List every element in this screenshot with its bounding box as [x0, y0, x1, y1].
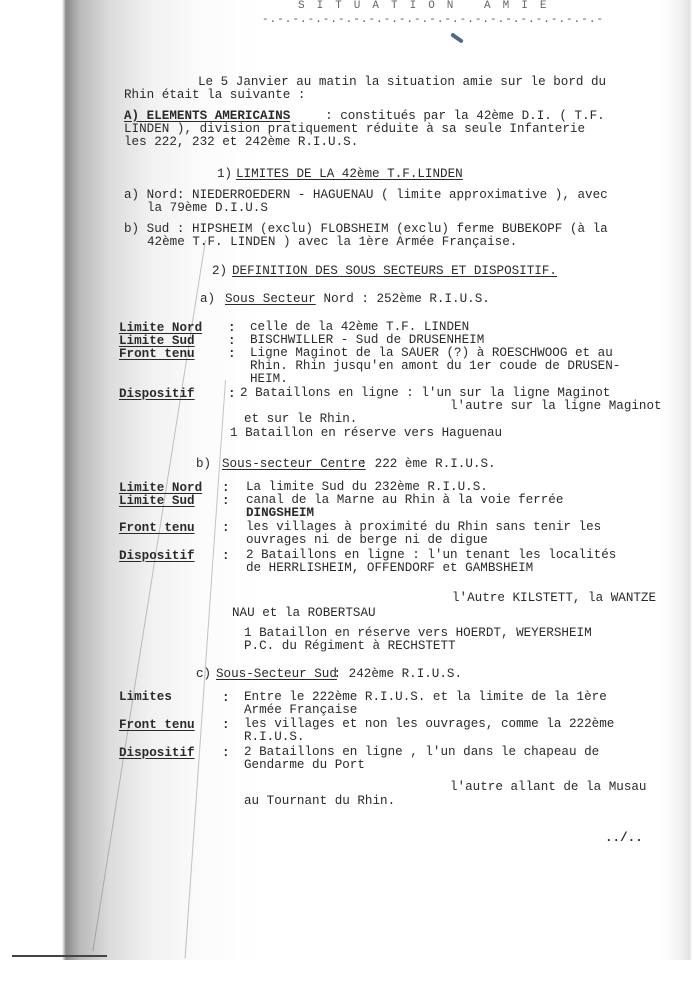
nord-dispositif-cont-2: et sur le Rhin.	[244, 413, 357, 426]
centre-dispositif-text-2: de HERRLISHEIM, OFFENDORF et GAMBSHEIM	[246, 562, 533, 575]
sud-dispositif-cont-2: au Tournant du Rhin.	[244, 795, 395, 808]
limites-number: 1)	[217, 168, 232, 181]
colon: :	[228, 387, 236, 401]
section-a-text-3: les 222, 232 et 242ème R.I.U.S.	[124, 136, 358, 149]
limites-nord-2: la 79ème D.I.U.S	[147, 202, 268, 215]
colon: :	[222, 549, 230, 563]
label-limite-nord: Limite Nord	[119, 481, 202, 495]
label-limites: Limites	[119, 691, 172, 704]
limites-sud-2: 42ème T.F. LINDEN ) avec la 1ère Armée F…	[147, 236, 517, 249]
sud-dispositif-text-2: Gendarme du Port	[244, 759, 365, 772]
centre-limite-sud-text-2: DINGSHEIM	[246, 507, 314, 520]
page-edge	[12, 955, 107, 957]
nord-dispositif-cont-1: l'autre sur la ligne Maginot	[450, 400, 662, 413]
colon: :	[222, 746, 230, 760]
label-front-tenu: Front tenu	[119, 521, 195, 535]
sector-centre-name: Sous-secteur Centre	[222, 458, 366, 471]
sector-nord-prefix: a)	[200, 293, 215, 306]
label-dispositif: Dispositif	[119, 549, 195, 563]
sector-sud-rest: : 242ème R.I.U.S.	[326, 668, 462, 681]
centre-dispositif-cont-2: NAU et la ROBERTSAU	[232, 607, 376, 620]
centre-front-text-2: ouvrages ni de berge ni de digue	[246, 534, 488, 547]
sud-limites-text-2: Armée Française	[244, 704, 357, 717]
document-title: SITUATION AMIE	[298, 0, 558, 13]
label-limite-nord: Limite Nord	[119, 321, 202, 335]
intro-line-2: Rhin était la suivante :	[124, 89, 305, 102]
sector-sud-prefix: c)	[196, 668, 211, 681]
colon: :	[222, 718, 230, 732]
label-front-tenu: Front tenu	[119, 718, 195, 732]
limites-heading: LIMITES DE LA 42ème T.F.LINDEN	[236, 168, 463, 181]
definition-heading: DEFINITION DES SOUS SECTEURS ET DISPOSIT…	[232, 265, 557, 278]
colon: :	[228, 334, 236, 348]
sector-nord-rest: Nord : 252ème R.I.U.S.	[316, 293, 490, 306]
sector-nord-name: Sous Secteur	[225, 293, 316, 306]
colon: :	[222, 691, 230, 705]
nord-front-text-3: HEIM.	[250, 373, 288, 386]
sud-dispositif-cont-1: l'autre allant de la Musau	[450, 781, 647, 794]
colon: :	[222, 521, 230, 535]
label-limite-sud: Limite Sud	[119, 334, 195, 348]
label-dispositif: Dispositif	[119, 746, 195, 760]
colon: :	[222, 481, 230, 495]
colon: :	[228, 347, 236, 361]
label-dispositif: Dispositif	[119, 387, 195, 401]
sud-front-text-2: R.I.U.S.	[244, 731, 304, 744]
continuation-mark: ../..	[605, 832, 643, 845]
nord-reserve: 1 Bataillon en réserve vers Haguenau	[230, 427, 502, 440]
centre-reserve-2: P.C. du Régiment à RECHSTETT	[244, 640, 456, 653]
nord-front-text-2: Rhin. Rhin jusqu'en amont du 1er coude d…	[250, 360, 620, 373]
centre-dispositif-cont-1: l'Autre KILSTETT, la WANTZE	[452, 592, 656, 605]
sector-centre-prefix: b)	[196, 458, 211, 471]
colon: :	[222, 494, 230, 508]
title-rule: -.-.-.-.-.-.-.-.-.-.-.-.-.-.-.-.-.-.-.-.…	[262, 14, 604, 27]
label-limite-sud: Limite Sud	[119, 494, 195, 508]
colon: :	[228, 321, 236, 335]
label-front-tenu: Front tenu	[119, 347, 195, 361]
definition-number: 2)	[212, 265, 227, 278]
sector-sud-name: Sous-Secteur Sud	[216, 668, 337, 681]
sector-centre-rest: : 222 ème R.I.U.S.	[352, 458, 496, 471]
